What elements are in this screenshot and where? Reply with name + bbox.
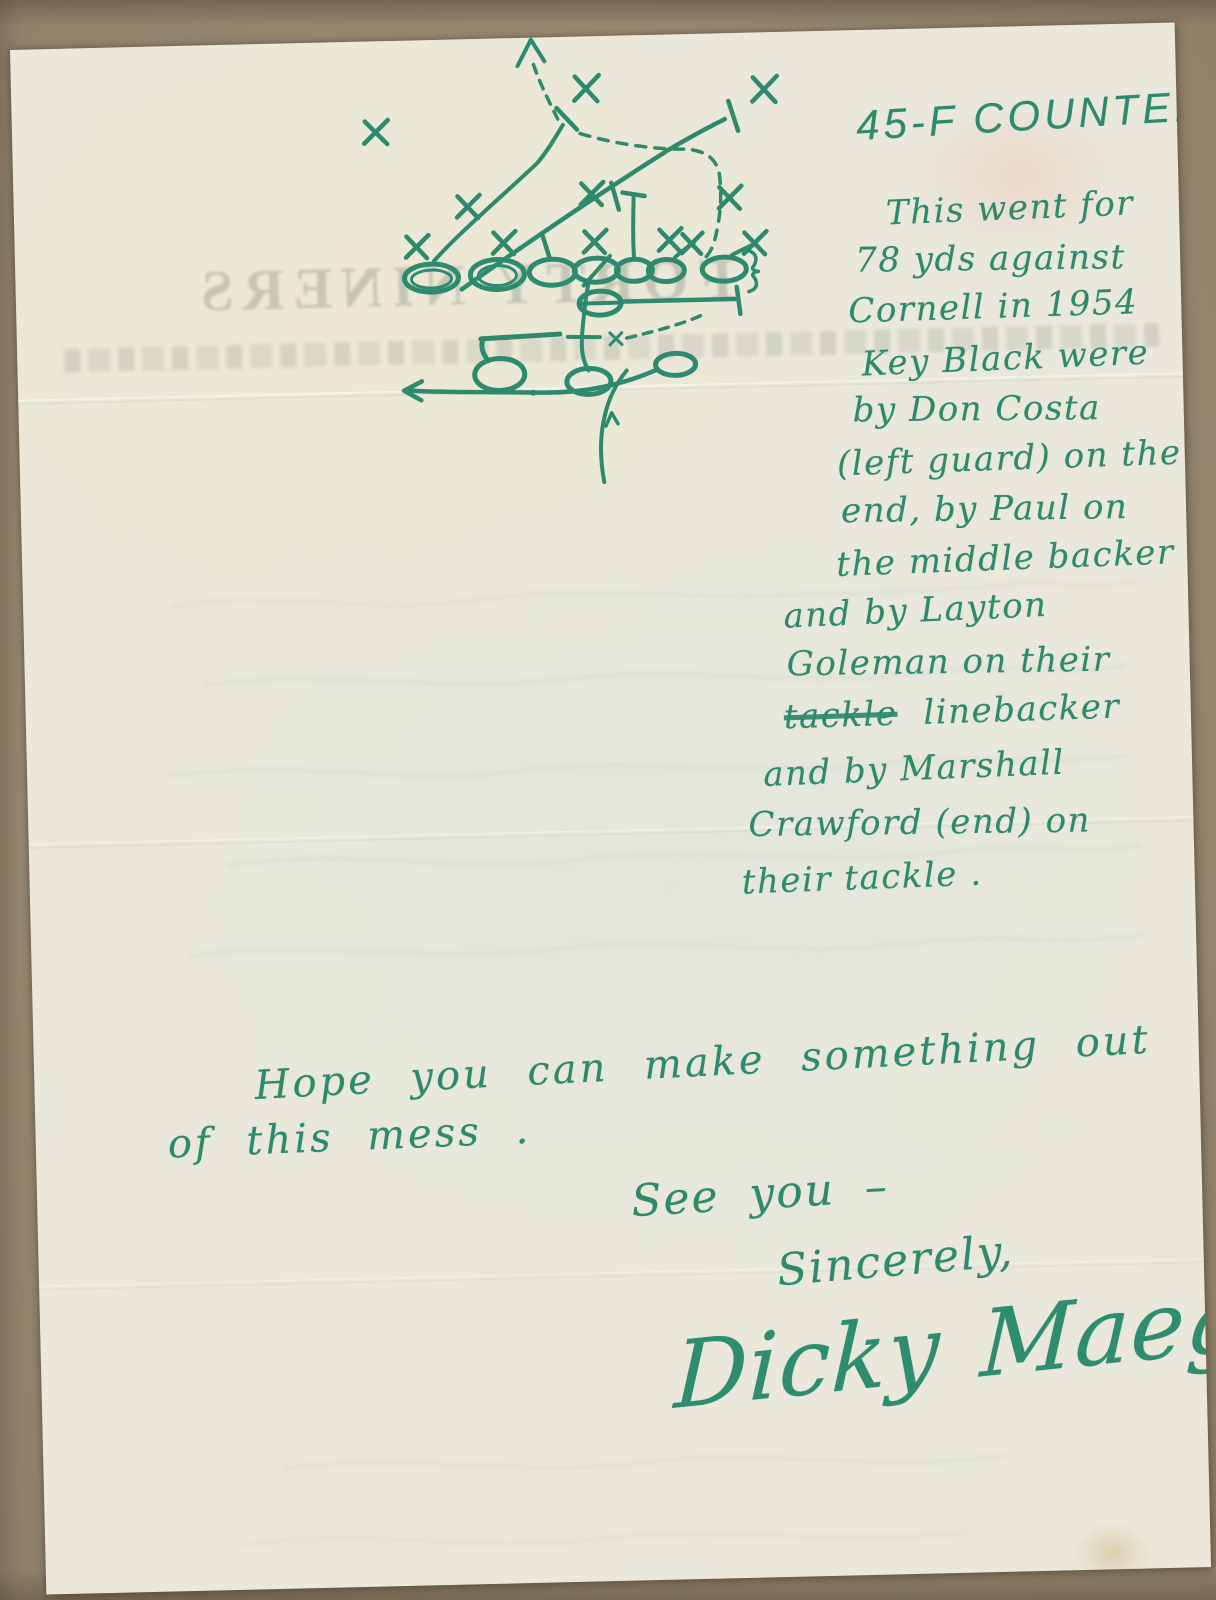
flag-bar [481, 334, 560, 339]
note-line: end, by Paul on [841, 487, 1129, 531]
play-diagram [321, 22, 862, 506]
note-line: Crawford (end) on [748, 800, 1091, 844]
note-line-rest: linebacker [923, 687, 1121, 733]
note-line: Goleman on their [786, 640, 1110, 685]
left-halfback [474, 358, 525, 391]
ball-carrier-arc [458, 119, 729, 289]
open-arrowhead [517, 39, 545, 66]
defense-x-marks [363, 71, 781, 264]
dashed-motion-paths [517, 35, 724, 341]
photo-of-letter: { "play": { "title": "45-F COUNTER" }, "… [0, 0, 1216, 1600]
right-halfback [655, 353, 696, 376]
letter-paper: FORTY NINERS [10, 22, 1211, 1594]
small-x [610, 333, 622, 345]
struck-word: tackle [783, 694, 898, 738]
cross-tick [568, 336, 600, 338]
quarterback-and-handoff [567, 279, 742, 371]
right-brace [748, 250, 759, 291]
note-line: by Don Costa [853, 388, 1101, 430]
handoff-bar [620, 299, 738, 302]
note-line: 78 yds against [855, 237, 1126, 281]
